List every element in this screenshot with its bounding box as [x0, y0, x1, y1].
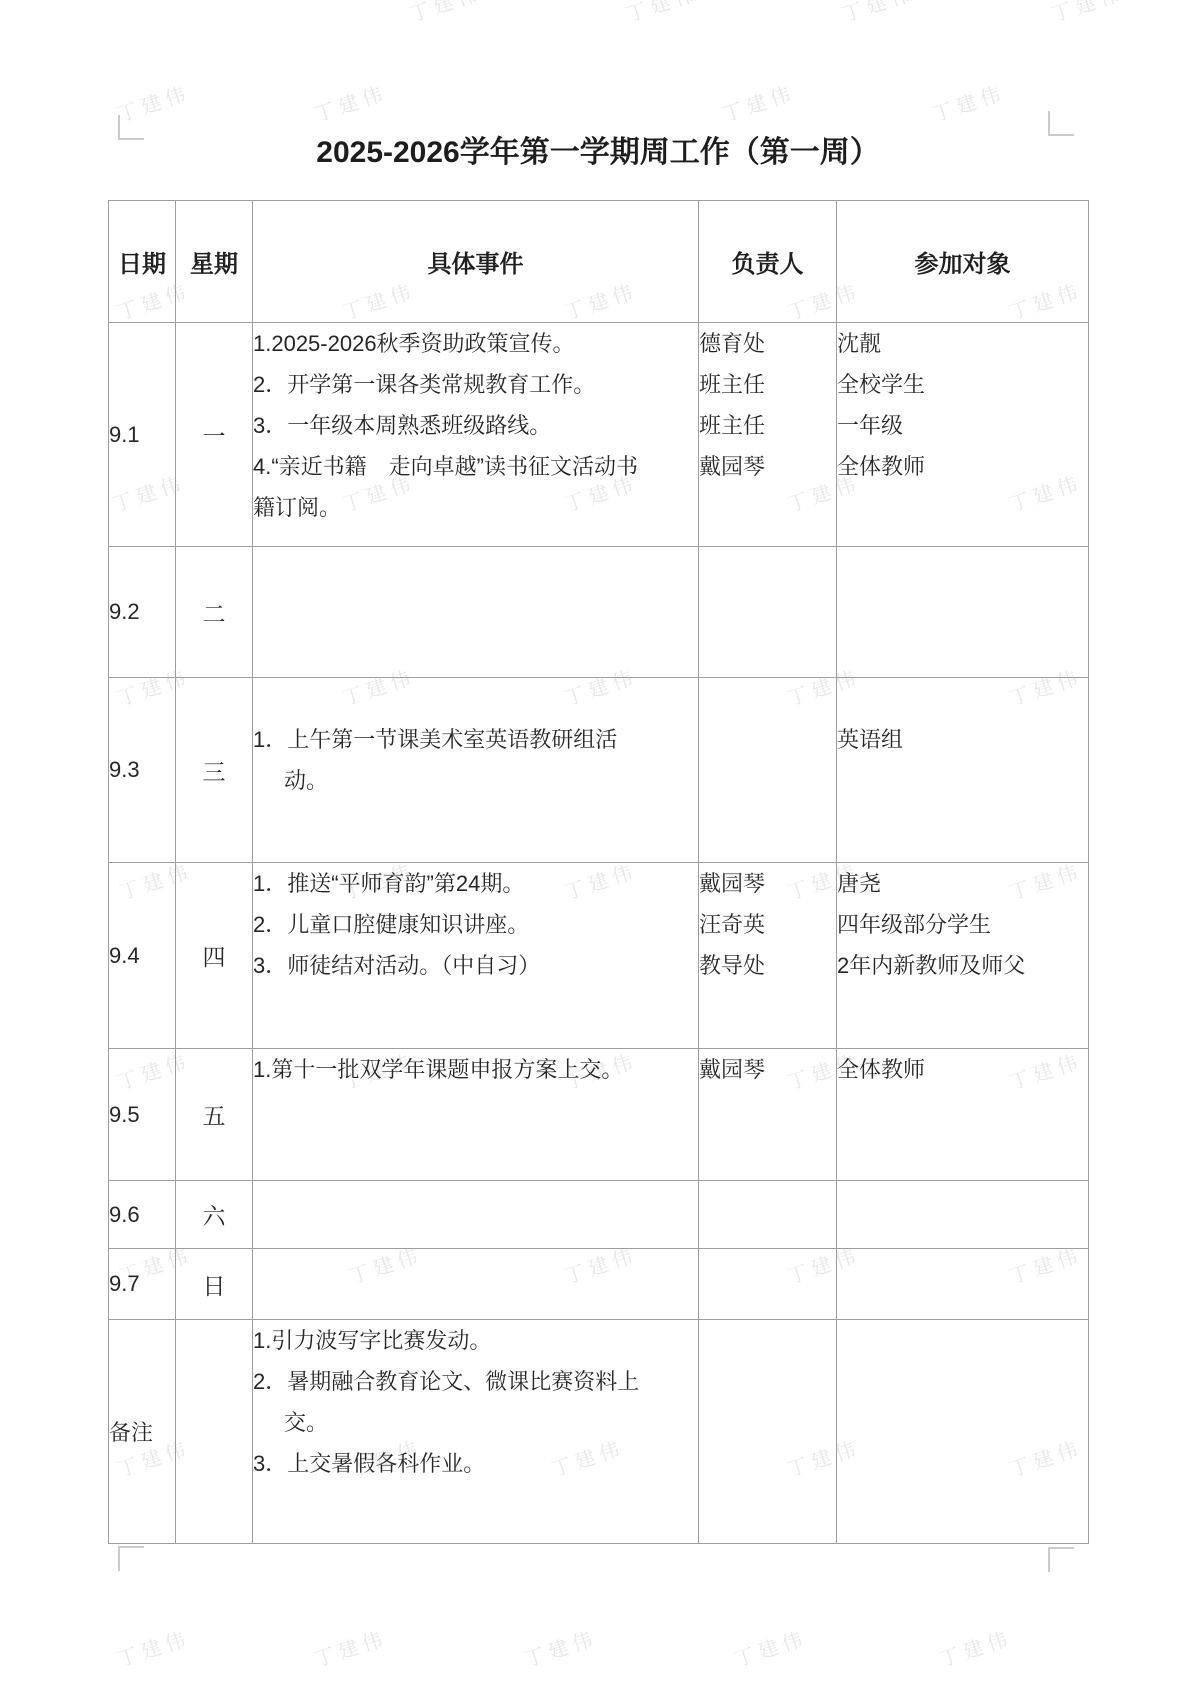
watermark-text: 丁建伟: [730, 1622, 810, 1673]
column-header-date: 日期: [109, 201, 176, 323]
weekday-cell: 一: [176, 323, 253, 547]
column-header-events: 具体事件: [253, 201, 699, 323]
responsible-cell: [699, 1249, 837, 1320]
page-title: 2025-2026学年第一学期周工作（第一周）: [108, 127, 1088, 171]
responsible-cell: [699, 1181, 837, 1249]
watermark-text: 丁建伟: [935, 1622, 1015, 1673]
text-line: 2年内新教师及师父: [837, 945, 1088, 986]
text-line: 1.引力波写字比赛发动。: [253, 1320, 698, 1361]
text-line: 全体教师: [837, 1049, 1088, 1090]
events-cell: 1.2025-2026秋季资助政策宣传。2．开学第一课各类常规教育工作。3．一年…: [253, 323, 699, 547]
date-cell: 9.6: [109, 1181, 176, 1249]
participants-cell: 英语组: [837, 678, 1089, 863]
text-line: 沈靓: [837, 323, 1088, 364]
table-header-row: 日期星期具体事件负责人参加对象: [109, 201, 1089, 323]
text-line: 2．儿童口腔健康知识讲座。: [253, 904, 698, 945]
column-header-responsible: 负责人: [699, 201, 837, 323]
text-line: 2．开学第一课各类常规教育工作。: [253, 364, 698, 405]
participants-cell: [837, 1181, 1089, 1249]
events-cell: [253, 1249, 699, 1320]
text-line: 一年级: [837, 405, 1088, 446]
responsible-cell: 戴园琴: [699, 1049, 837, 1181]
weekday-cell: 六: [176, 1181, 253, 1249]
text-line: 戴园琴: [699, 863, 836, 904]
text-line: 4.“亲近书籍 走向卓越”读书征文活动书: [253, 446, 698, 487]
date-cell: 9.3: [109, 678, 176, 863]
watermark-text: 丁建伟: [928, 77, 1008, 128]
print-margin-mark-bottom-left: [118, 1546, 144, 1571]
participants-cell: [837, 1320, 1089, 1544]
date-cell: 9.1: [109, 323, 176, 547]
responsible-cell: [699, 678, 837, 863]
watermark-text: 丁建伟: [622, 0, 702, 28]
weekday-cell: [176, 1320, 253, 1544]
text-line: 全体教师: [837, 446, 1088, 487]
text-line: 教导处: [699, 945, 836, 986]
table-row: 9.4四1．推送“平师育韵”第24期。2．儿童口腔健康知识讲座。3．师徒结对活动…: [109, 863, 1089, 1049]
text-line: 3．师徒结对活动。（中自习）: [253, 945, 698, 986]
watermark-text: 丁建伟: [310, 1622, 390, 1673]
date-cell: 备注: [109, 1320, 176, 1544]
text-line: 戴园琴: [699, 1049, 836, 1090]
date-cell: 9.5: [109, 1049, 176, 1181]
watermark-text: 丁建伟: [405, 0, 485, 28]
events-cell: 1.引力波写字比赛发动。2．暑期融合教育论文、微课比赛资料上交。3．上交暑假各科…: [253, 1320, 699, 1544]
text-line: 德育处: [699, 323, 836, 364]
table-row: 备注1.引力波写字比赛发动。2．暑期融合教育论文、微课比赛资料上交。3．上交暑假…: [109, 1320, 1089, 1544]
responsible-cell: [699, 1320, 837, 1544]
date-cell: 9.4: [109, 863, 176, 1049]
participants-cell: 全体教师: [837, 1049, 1089, 1181]
watermark-text: 丁建伟: [1047, 0, 1127, 28]
watermark-text: 丁建伟: [113, 1622, 193, 1673]
weekday-cell: 四: [176, 863, 253, 1049]
responsible-cell: 德育处班主任班主任戴园琴: [699, 323, 837, 547]
date-cell: 9.7: [109, 1249, 176, 1320]
column-header-weekday: 星期: [176, 201, 253, 323]
print-margin-mark-bottom-right: [1048, 1547, 1074, 1572]
table-row: 9.3三 1．上午第一节课美术室英语教研组活动。 英语组: [109, 678, 1089, 863]
text-line: 籍订阅。: [253, 487, 698, 528]
participants-cell: [837, 1249, 1089, 1320]
document-page: 丁建伟丁建伟丁建伟丁建伟丁建伟丁建伟丁建伟丁建伟丁建伟丁建伟丁建伟丁建伟丁建伟丁…: [0, 0, 1191, 1684]
watermark-text: 丁建伟: [838, 0, 918, 28]
events-cell: 1．推送“平师育韵”第24期。2．儿童口腔健康知识讲座。3．师徒结对活动。（中自…: [253, 863, 699, 1049]
text-line: 班主任: [699, 364, 836, 405]
table-row: 9.6六: [109, 1181, 1089, 1249]
table-row: 9.7日: [109, 1249, 1089, 1320]
events-cell: [253, 1181, 699, 1249]
table-row: 9.1一1.2025-2026秋季资助政策宣传。2．开学第一课各类常规教育工作。…: [109, 323, 1089, 547]
weekday-cell: 三: [176, 678, 253, 863]
watermark-text: 丁建伟: [718, 77, 798, 128]
text-line: 班主任: [699, 405, 836, 446]
text-line: [253, 678, 698, 719]
text-line: [837, 678, 1088, 719]
weekday-cell: 二: [176, 547, 253, 678]
text-line: 1．推送“平师育韵”第24期。: [253, 863, 698, 904]
participants-cell: 沈靓全校学生一年级全体教师: [837, 323, 1089, 547]
text-line: 交。: [253, 1402, 698, 1443]
table-row: 9.5五1.第十一批双学年课题申报方案上交。戴园琴全体教师: [109, 1049, 1089, 1181]
text-line: 1.2025-2026秋季资助政策宣传。: [253, 323, 698, 364]
events-cell: [253, 547, 699, 678]
participants-cell: [837, 547, 1089, 678]
text-line: 戴园琴: [699, 446, 836, 487]
weekday-cell: 日: [176, 1249, 253, 1320]
weekly-schedule-table: 日期星期具体事件负责人参加对象 9.1一1.2025-2026秋季资助政策宣传。…: [108, 200, 1089, 1544]
events-cell: 1．上午第一节课美术室英语教研组活动。: [253, 678, 699, 863]
responsible-cell: 戴园琴汪奇英教导处: [699, 863, 837, 1049]
text-line: 2．暑期融合教育论文、微课比赛资料上: [253, 1361, 698, 1402]
date-cell: 9.2: [109, 547, 176, 678]
column-header-participants: 参加对象: [837, 201, 1089, 323]
text-line: 全校学生: [837, 364, 1088, 405]
text-line: 1．上午第一节课美术室英语教研组活: [253, 719, 698, 760]
text-line: 汪奇英: [699, 904, 836, 945]
table-row: 9.2二: [109, 547, 1089, 678]
events-cell: 1.第十一批双学年课题申报方案上交。: [253, 1049, 699, 1181]
watermark-text: 丁建伟: [310, 77, 390, 128]
text-line: 1.第十一批双学年课题申报方案上交。: [253, 1049, 698, 1090]
text-line: 动。: [253, 760, 698, 801]
text-line: 3．一年级本周熟悉班级路线。: [253, 405, 698, 446]
responsible-cell: [699, 547, 837, 678]
weekday-cell: 五: [176, 1049, 253, 1181]
text-line: 四年级部分学生: [837, 904, 1088, 945]
watermark-text: 丁建伟: [520, 1622, 600, 1673]
text-line: 唐尧: [837, 863, 1088, 904]
text-line: 3．上交暑假各科作业。: [253, 1443, 698, 1484]
participants-cell: 唐尧四年级部分学生2年内新教师及师父: [837, 863, 1089, 1049]
text-line: 英语组: [837, 719, 1088, 760]
